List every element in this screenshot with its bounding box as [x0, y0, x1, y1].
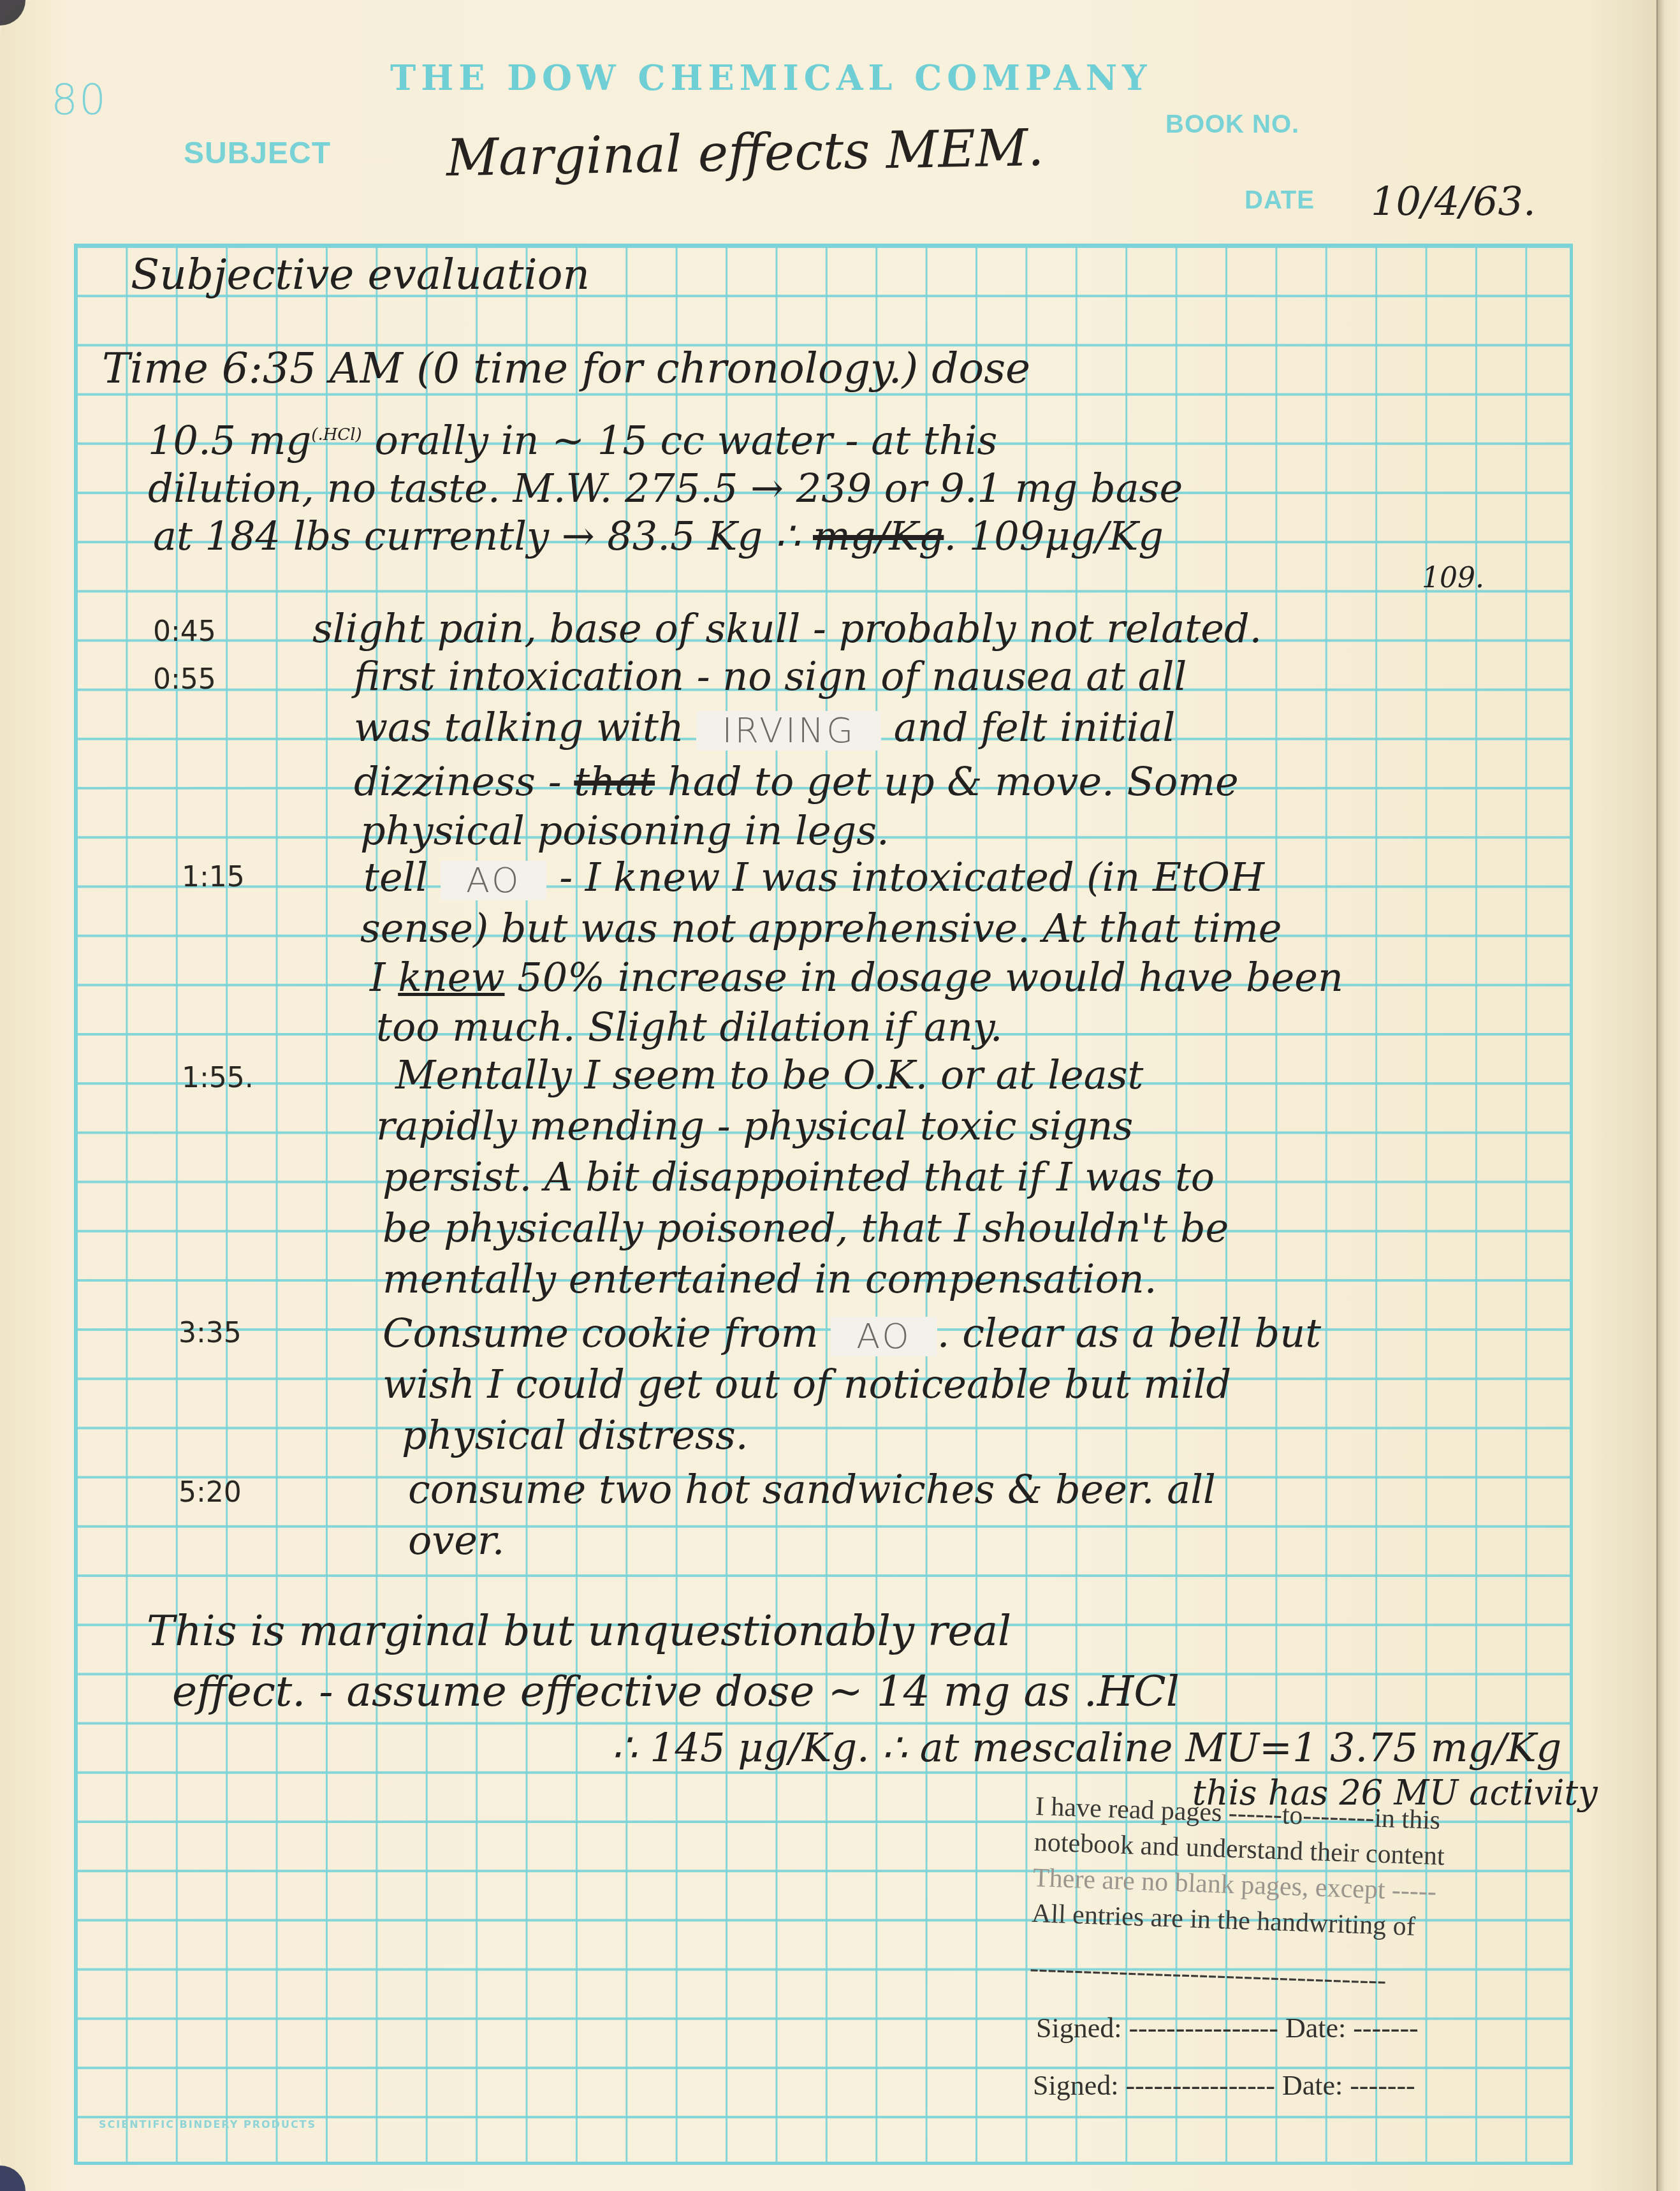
dose-correction: 109.	[1422, 564, 1484, 592]
timestamp: 5:20	[179, 1476, 242, 1509]
date-field[interactable]: -------	[1350, 2070, 1415, 2101]
bindery-imprint: SCIENTIFIC BINDERY PRODUCTS	[99, 2118, 316, 2130]
entry-line: wish I could get out of noticeable but m…	[383, 1365, 1231, 1404]
entry-line: dizziness - that had to get up & move. S…	[354, 762, 1239, 802]
entry-line: I knew 50% increase in dosage would have…	[370, 958, 1343, 997]
page-corner-shadow-bottom	[0, 2165, 26, 2191]
signed-field[interactable]: ----------------	[1129, 2012, 1278, 2044]
dose-amount: 10.5 mg	[148, 417, 311, 464]
weight-text: at 184 lbs currently → 83.5 Kg ∴	[153, 513, 800, 559]
entry-line: sense) but was not apprehensive. At that…	[360, 909, 1282, 948]
dose-detail: orally in ~ 15 cc water - at this	[374, 417, 997, 464]
hcl-note: (.HCl)	[311, 425, 362, 444]
redacted-initials: AO	[441, 861, 547, 900]
entry-text: - I knew I was intoxicated (in EtOH	[559, 854, 1264, 900]
entry-line: mentally entertained in compensation.	[383, 1259, 1157, 1299]
entry-text: all	[1167, 1466, 1216, 1513]
subject-value: Marginal effects MEM.	[446, 122, 1044, 184]
signature-row-1: Signed: ---------------- Date: -------	[1036, 2012, 1419, 2044]
entry-line: physical distress.	[402, 1416, 748, 1455]
entry-text: I	[370, 954, 386, 1000]
signed-label: Signed:	[1033, 2070, 1118, 2101]
timestamp: 1:55.	[182, 1062, 254, 1094]
date-label: Date:	[1285, 2012, 1346, 2044]
date-value: 10/4/63.	[1371, 182, 1536, 221]
conclusion-line: This is marginal but unquestionably real	[147, 1610, 1011, 1652]
company-header: THE DOW CHEMICAL COMPANY	[390, 57, 1152, 98]
intro-line-1: Time 6:35 AM (0 time for chronology.) do…	[102, 348, 1030, 390]
timestamp: 0:45	[153, 615, 216, 648]
entry-line: persist. A bit disappointed that if I wa…	[383, 1157, 1215, 1197]
conclusion-line: effect. - assume effective dose ~ 14 mg …	[172, 1671, 1180, 1713]
entry-text: Consume cookie from	[383, 1310, 819, 1356]
dose-per-kg: . 109μg/Kg	[944, 513, 1164, 559]
entry-line: over.	[408, 1521, 505, 1560]
entry-text: . clear as a bell but	[937, 1310, 1321, 1356]
timestamp: 0:55	[153, 663, 216, 696]
redacted-initials: AO	[831, 1317, 937, 1356]
entry-text: tell	[363, 854, 428, 900]
entry-text: and felt initial	[894, 704, 1176, 751]
entry-line: tell AO - I knew I was intoxicated (in E…	[363, 858, 1264, 900]
date-label: DATE	[1245, 186, 1315, 215]
entry-text: dizziness -	[354, 758, 562, 805]
intro-line-4: at 184 lbs currently → 83.5 Kg ∴ mg/Kg. …	[153, 517, 1164, 556]
underlined-word: knew	[398, 954, 504, 1000]
entry-line: was talking with IRVING and felt initial	[354, 708, 1175, 751]
entry-line: slight pain, base of skull - probably no…	[312, 609, 1262, 649]
entry-line: Mentally I seem to be O.K. or at least	[395, 1055, 1143, 1095]
entry-text: consume two hot sandwiches & beer.	[408, 1466, 1155, 1513]
entry-line: too much. Slight dilation if any.	[376, 1008, 1002, 1047]
book-no-label: BOOK NO.	[1165, 110, 1299, 139]
entry-line: be physically poisoned, that I shouldn't…	[383, 1208, 1229, 1248]
timestamp: 3:35	[179, 1317, 242, 1349]
entry-line: physical poisoning in legs.	[360, 811, 889, 851]
timestamp: 1:15	[182, 861, 245, 893]
redacted-name: IRVING	[696, 711, 881, 751]
intro-line-2: 10.5 mg(.HCl) orally in ~ 15 cc water - …	[148, 421, 997, 460]
page-number: 80	[51, 75, 107, 124]
entry-line: Consume cookie from AO. clear as a bell …	[383, 1314, 1321, 1356]
signed-label: Signed:	[1036, 2012, 1121, 2044]
entry-text: had to get up & move. Some	[668, 758, 1239, 805]
signed-field[interactable]: ----------------	[1125, 2070, 1275, 2101]
intro-line-3: dilution, no taste. M.W. 275.5 → 239 or …	[148, 469, 1183, 508]
date-label: Date:	[1282, 2070, 1343, 2101]
entry-text: 50% increase in dosage would have been	[517, 954, 1343, 1000]
entry-line: rapidly mending - physical toxic signs	[376, 1106, 1133, 1146]
entry-text: was talking with	[354, 704, 684, 751]
entry-line: consume two hot sandwiches & beer. all	[408, 1470, 1216, 1509]
entry-line: first intoxication - no sign of nausea a…	[354, 657, 1187, 696]
signature-row-2: Signed: ---------------- Date: -------	[1033, 2069, 1415, 2102]
subject-label: SUBJECT	[184, 136, 331, 171]
struck-mg-per-kg: mg/Kg	[813, 513, 944, 559]
notebook-page: 80 THE DOW CHEMICAL COMPANY SUBJECT Marg…	[0, 0, 1656, 2191]
page-corner-shadow	[0, 0, 26, 26]
struck-word: that	[574, 758, 655, 805]
notes-title: Subjective evaluation	[131, 254, 590, 296]
conclusion-line: ∴ 145 μg/Kg. ∴ at mescaline MU=1 3.75 mg…	[612, 1728, 1561, 1768]
date-field[interactable]: -------	[1353, 2012, 1419, 2044]
witness-stamp: I have read pages ------to--------in thi…	[1029, 1789, 1647, 2007]
notebook-spine	[1656, 0, 1680, 2191]
